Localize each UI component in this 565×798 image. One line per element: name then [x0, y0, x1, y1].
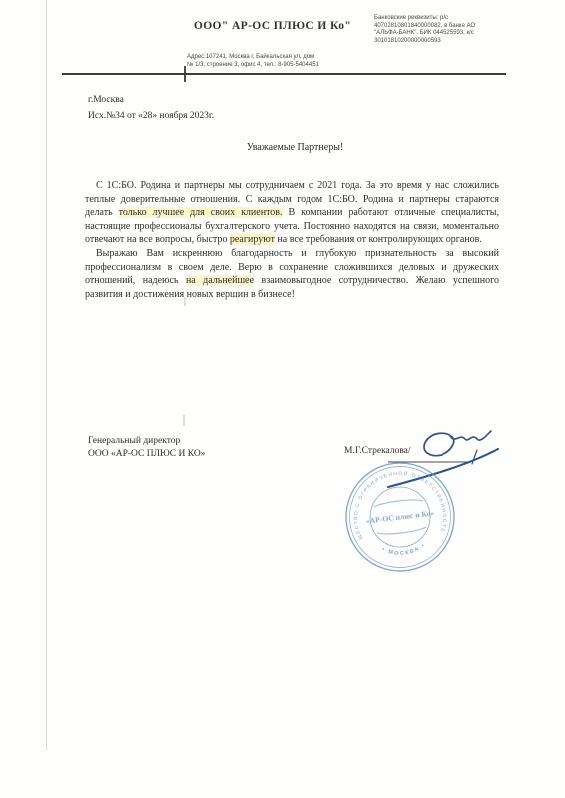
body-text-segment: на все требования от контролирующих орга… [275, 234, 482, 245]
stamp-microtext-arc [377, 527, 427, 536]
letter-body: С 1С:БО. Родина и партнеры мы сотруднича… [85, 179, 499, 301]
highlighted-text: реагируют [230, 234, 275, 245]
scan-smudge [183, 415, 185, 426]
scan-edge [46, 0, 47, 750]
outgoing-ref-line: Исх.№34 от «28» ноября 2023г. [88, 111, 214, 121]
stamp-seal-graphic: ОБЩЕСТВО С ОГРАНИЧЕННОЙ ОТВЕТСТВЕННОСТЬЮ… [334, 451, 466, 583]
bank-details-block: Банковские реквизиты: р/с 40702810801840… [374, 15, 499, 45]
paragraph: С 1С:БО. Родина и партнеры мы сотруднича… [85, 179, 499, 247]
bank-details-line: 30101810200000000593 [374, 38, 499, 46]
highlighted-text: только лучшее для своих клиентов. [119, 207, 283, 218]
bank-details-line: 40702810801840000082, в банке АО [374, 23, 499, 31]
stamp-microtext-arc [373, 498, 423, 507]
bank-details-line: "АЛЬФА-БАНК", БИК 044525593, к/с [374, 30, 499, 38]
highlighted-text: на дальнейшее [186, 275, 254, 286]
company-stamp: ОБЩЕСТВО С ОГРАНИЧЕННОЙ ОТВЕТСТВЕННОСТЬЮ… [334, 451, 466, 583]
paragraph: Выражаю Вам искреннюю благодарность и гл… [85, 247, 499, 301]
scanned-letter-page: ООО" АР-ОС ПЛЮС И Ко" Банковские реквизи… [0, 0, 565, 798]
city-line: г.Москва [88, 95, 124, 105]
bank-details-line: Банковские реквизиты: р/с [374, 15, 499, 23]
header-divider [62, 73, 506, 75]
address-block: Адрес:107241, Москва г, Байкальская ул, … [187, 53, 397, 69]
salutation: Уважаемые Партнеры! [85, 142, 505, 153]
address-line: Адрес:107241, Москва г, Байкальская ул, … [187, 53, 397, 61]
signatory-role: Генеральный директор ООО «АР-ОС ПЛЮС И К… [88, 435, 205, 461]
address-line: № 1/3, строение 3, офис 4, тел.: 8-905-5… [187, 61, 397, 69]
signatory-role-line: Генеральный директор [88, 435, 205, 448]
signatory-role-line: ООО «АР-ОС ПЛЮС И КО» [88, 448, 205, 461]
stamp-center-text: «АР-ОС плюс и Ко» [365, 508, 434, 525]
